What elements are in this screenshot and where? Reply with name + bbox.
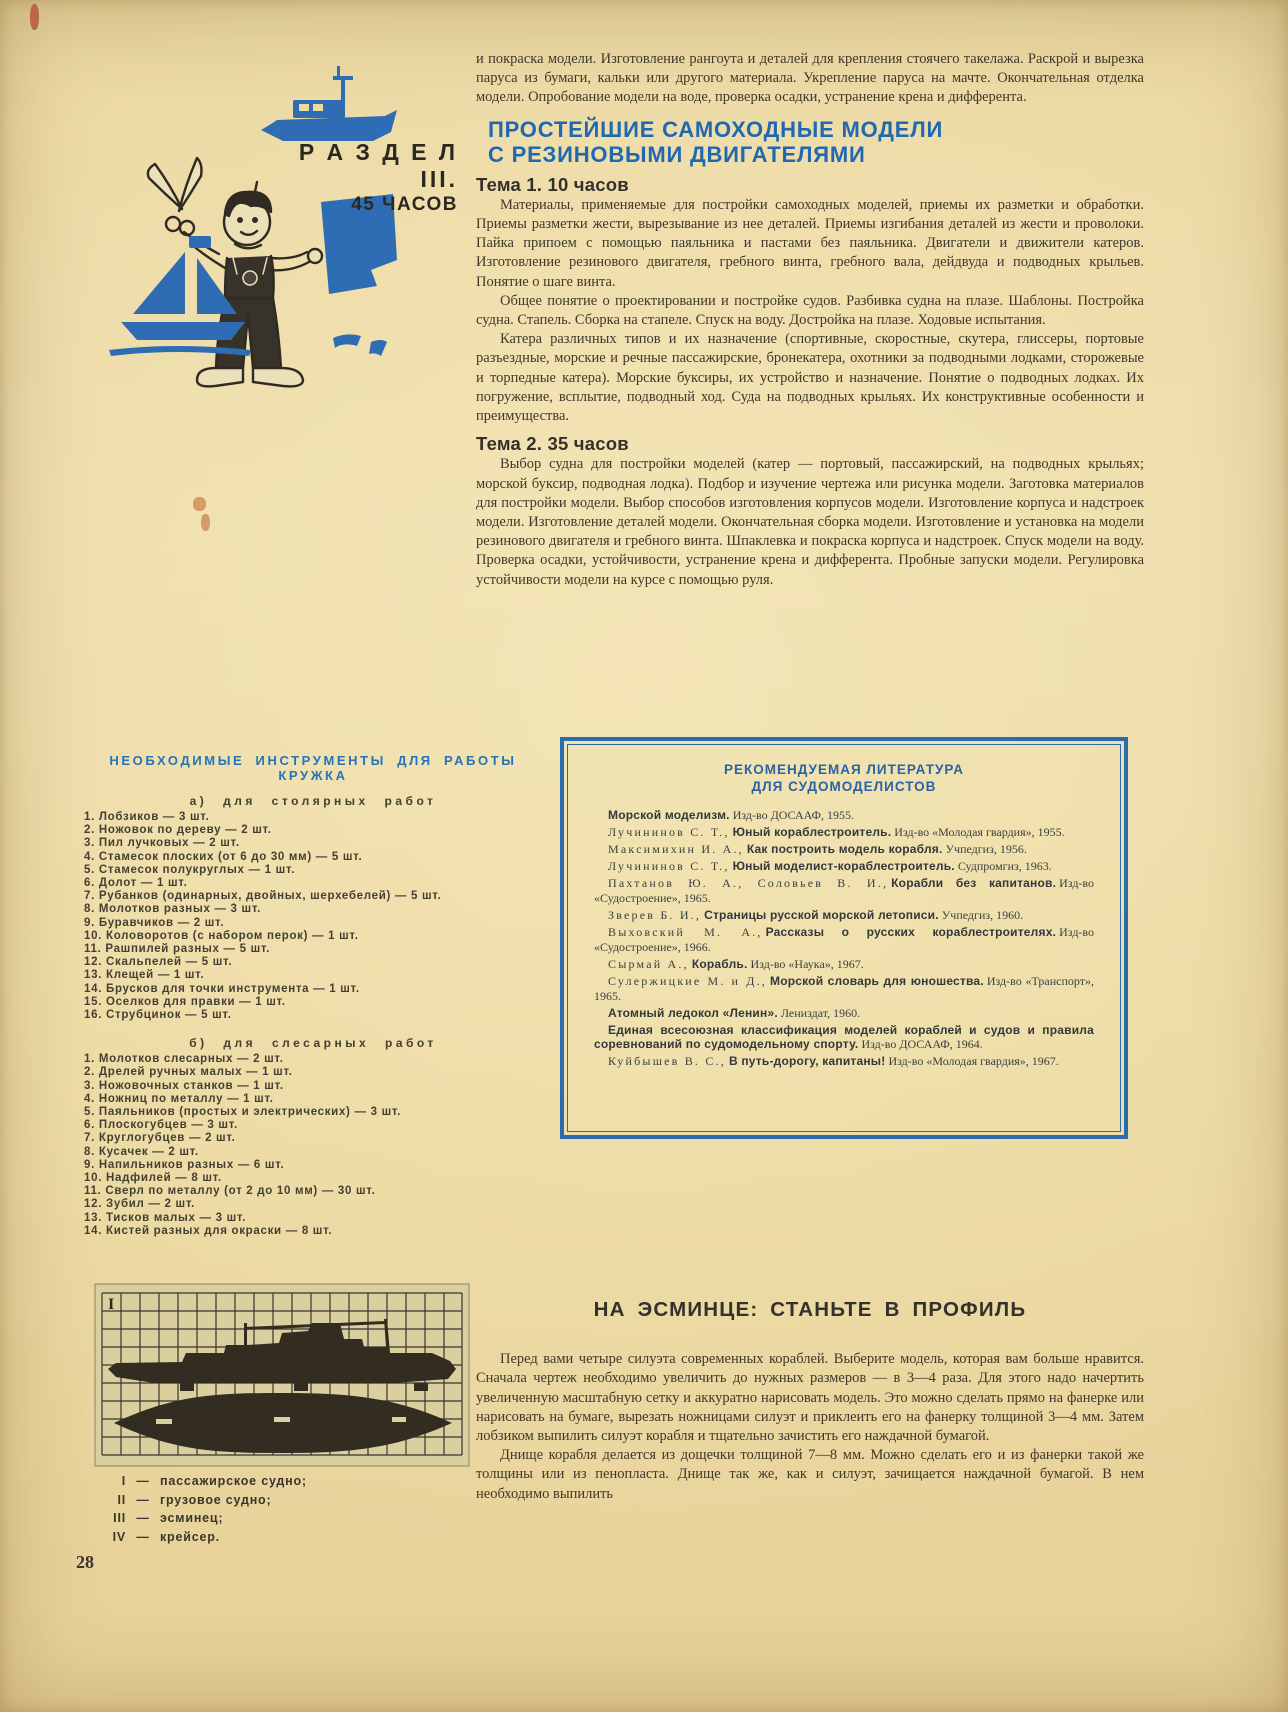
blue-ship-icon <box>261 66 397 141</box>
tool-item: 11. Сверл по металлу (от 2 до 10 мм) — 3… <box>84 1185 542 1198</box>
book-entry: Лучининов С. Т.,Юный моделист-кораблестр… <box>594 859 1094 874</box>
tool-item: 14. Кистей разных для окраски — 8 шт. <box>84 1225 542 1238</box>
book-entry: Выховский М. А.,Рассказы о русских кораб… <box>594 925 1094 954</box>
figure-label: I <box>108 1296 114 1313</box>
main-text-column: и покраска модели. Изготовление рангоута… <box>476 50 1144 590</box>
tool-item: 2. Ножовок по дереву — 2 шт. <box>84 824 542 837</box>
book-entry: Пахтанов Ю. А., Соловьев В. И.,Корабли б… <box>594 876 1094 905</box>
tool-item: 6. Плоскогубцев — 3 шт. <box>84 1119 542 1132</box>
profile-article-paragraph: Перед вами четыре силуэта современных ко… <box>476 1350 1144 1446</box>
section-badge: Р А З Д Е Л III. 45 ЧАСОВ <box>280 139 458 216</box>
tool-item: 4. Стамесок плоских (от 6 до 30 мм) — 5 … <box>84 851 542 864</box>
book-entry: Куйбышев В. С.,В путь-дорогу, капитаны!И… <box>594 1054 1094 1069</box>
tools-list-section: НЕОБХОДИМЫЕ ИНСТРУМЕНТЫ ДЛЯ РАБОТЫ КРУЖК… <box>84 753 542 1238</box>
tool-item: 8. Молотков разных — 3 шт. <box>84 903 542 916</box>
profile-article-paragraph: Днище корабля делается из дощечки толщин… <box>476 1446 1144 1504</box>
theme1-paragraph: Общее понятие о проектировании и построй… <box>476 292 1144 330</box>
tool-item: 9. Напильников разных — 6 шт. <box>84 1159 542 1172</box>
tool-item: 7. Круглогубцев — 2 шт. <box>84 1132 542 1145</box>
book-entry: Сырмай А.,Корабль.Изд-во «Наука», 1967. <box>594 957 1094 972</box>
tool-item: 5. Паяльников (простых и электрических) … <box>84 1106 542 1119</box>
theme1-paragraph: Материалы, применяемые для постройки сам… <box>476 196 1144 292</box>
book-entry: Единая всесоюзная классификация моделей … <box>594 1023 1094 1052</box>
recommended-literature-box: РЕКОМЕНДУЕМАЯ ЛИТЕРАТУРА ДЛЯ СУДОМОДЕЛИС… <box>560 737 1128 1139</box>
boy-with-scissors-illustration <box>85 46 477 404</box>
tool-item: 10. Коловоротов (с набором перок) — 1 шт… <box>84 930 542 943</box>
main-heading: ПРОСТЕЙШИЕ САМОХОДНЫЕ МОДЕЛИ С РЕЗИНОВЫМ… <box>488 117 1144 167</box>
tool-item: 4. Ножниц по металлу — 1 шт. <box>84 1093 542 1106</box>
section-number: Р А З Д Е Л III. <box>280 139 458 193</box>
tools-heading: НЕОБХОДИМЫЕ ИНСТРУМЕНТЫ ДЛЯ РАБОТЫ КРУЖК… <box>84 753 542 783</box>
literature-title-line2: ДЛЯ СУДОМОДЕЛИСТОВ <box>594 778 1094 795</box>
tool-item: 14. Брусков для точки инструмента — 1 шт… <box>84 983 542 996</box>
ship-silhouettes-figure: I <box>94 1283 470 1467</box>
literature-title: РЕКОМЕНДУЕМАЯ ЛИТЕРАТУРА ДЛЯ СУДОМОДЕЛИС… <box>594 761 1094 795</box>
tool-item: 1. Лобзиков — 3 шт. <box>84 811 542 824</box>
tool-item: 3. Пил лучковых — 2 шт. <box>84 837 542 850</box>
book-entry: Зверев Б. И.,Страницы русской морской ле… <box>594 908 1094 923</box>
tool-item: 12. Скальпелей — 5 шт. <box>84 956 542 969</box>
profile-article-heading: НА ЭСМИНЦЕ: СТАНЬТЕ В ПРОФИЛЬ <box>476 1300 1144 1319</box>
ink-smudge <box>193 497 206 511</box>
tool-item: 9. Буравчиков — 2 шт. <box>84 917 542 930</box>
tool-item: 1. Молотков слесарных — 2 шт. <box>84 1053 542 1066</box>
tool-item: 12. Зубил — 2 шт. <box>84 1198 542 1211</box>
theme1-paragraph: Катера различных типов и их назначение (… <box>476 330 1144 426</box>
literature-title-line1: РЕКОМЕНДУЕМАЯ ЛИТЕРАТУРА <box>594 761 1094 778</box>
tool-item: 13. Клещей — 1 шт. <box>84 969 542 982</box>
book-entry: Морской моделизм.Изд-во ДОСААФ, 1955. <box>594 808 1094 823</box>
main-heading-line1: ПРОСТЕЙШИЕ САМОХОДНЫЕ МОДЕЛИ <box>488 117 1144 142</box>
tool-item: 13. Тисков малых — 3 шт. <box>84 1212 542 1225</box>
tool-item: 3. Ножовочных станков — 1 шт. <box>84 1080 542 1093</box>
ink-smudge <box>30 4 39 30</box>
page-number: 28 <box>76 1552 94 1573</box>
ink-smudge <box>201 514 210 531</box>
figure-legend: I—пассажирское судно; II—грузовое судно;… <box>96 1472 426 1546</box>
tool-item: 8. Кусачек — 2 шт. <box>84 1146 542 1159</box>
tool-item: 6. Долот — 1 шт. <box>84 877 542 890</box>
blue-paper-icon <box>321 194 397 356</box>
literature-box-inner: РЕКОМЕНДУЕМАЯ ЛИТЕРАТУРА ДЛЯ СУДОМОДЕЛИС… <box>567 744 1121 1132</box>
legend-row: IV—крейсер. <box>96 1528 426 1547</box>
book-entry: Сулержицкие М. и Д.,Морской словарь для … <box>594 974 1094 1003</box>
metalwork-subheading: б) для слесарных работ <box>84 1036 542 1050</box>
intro-paragraph: и покраска модели. Изготовление рангоута… <box>476 50 1144 108</box>
book-entry: Максимихин И. А.,Как построить модель ко… <box>594 842 1094 857</box>
tool-item: 10. Надфилей — 8 шт. <box>84 1172 542 1185</box>
tool-item: 2. Дрелей ручных малых — 1 шт. <box>84 1066 542 1079</box>
tool-item: 5. Стамесок полукруглых — 1 шт. <box>84 864 542 877</box>
main-heading-line2: С РЕЗИНОВЫМИ ДВИГАТЕЛЯМИ <box>488 142 1144 167</box>
section-hours: 45 ЧАСОВ <box>280 194 458 216</box>
tool-item: 11. Рашпилей разных — 5 шт. <box>84 943 542 956</box>
magazine-page: Р А З Д Е Л III. 45 ЧАСОВ и покраска мод… <box>0 0 1288 1712</box>
theme2-paragraph: Выбор судна для постройки моделей (катер… <box>476 455 1144 589</box>
tool-item: 15. Оселков для правки — 1 шт. <box>84 996 542 1009</box>
tool-item: 7. Рубанков (одинарных, двойных, шерхебе… <box>84 890 542 903</box>
legend-row: I—пассажирское судно; <box>96 1472 426 1491</box>
carpentry-subheading: а) для столярных работ <box>84 794 542 808</box>
book-entry: Атомный ледокол «Ленин».Лениздат, 1960. <box>594 1006 1094 1021</box>
theme1-title: Тема 1. 10 часов <box>476 175 1144 194</box>
book-entry: Лучининов С. Т.,Юный кораблестроитель.Из… <box>594 825 1094 840</box>
legend-row: III—эсминец; <box>96 1509 426 1528</box>
profile-article-section: НА ЭСМИНЦЕ: СТАНЬТЕ В ПРОФИЛЬ Перед вами… <box>476 1300 1144 1504</box>
theme2-title: Тема 2. 35 часов <box>476 434 1144 453</box>
tool-item: 16. Струбцинок — 5 шт. <box>84 1009 542 1022</box>
legend-row: II—грузовое судно; <box>96 1491 426 1510</box>
